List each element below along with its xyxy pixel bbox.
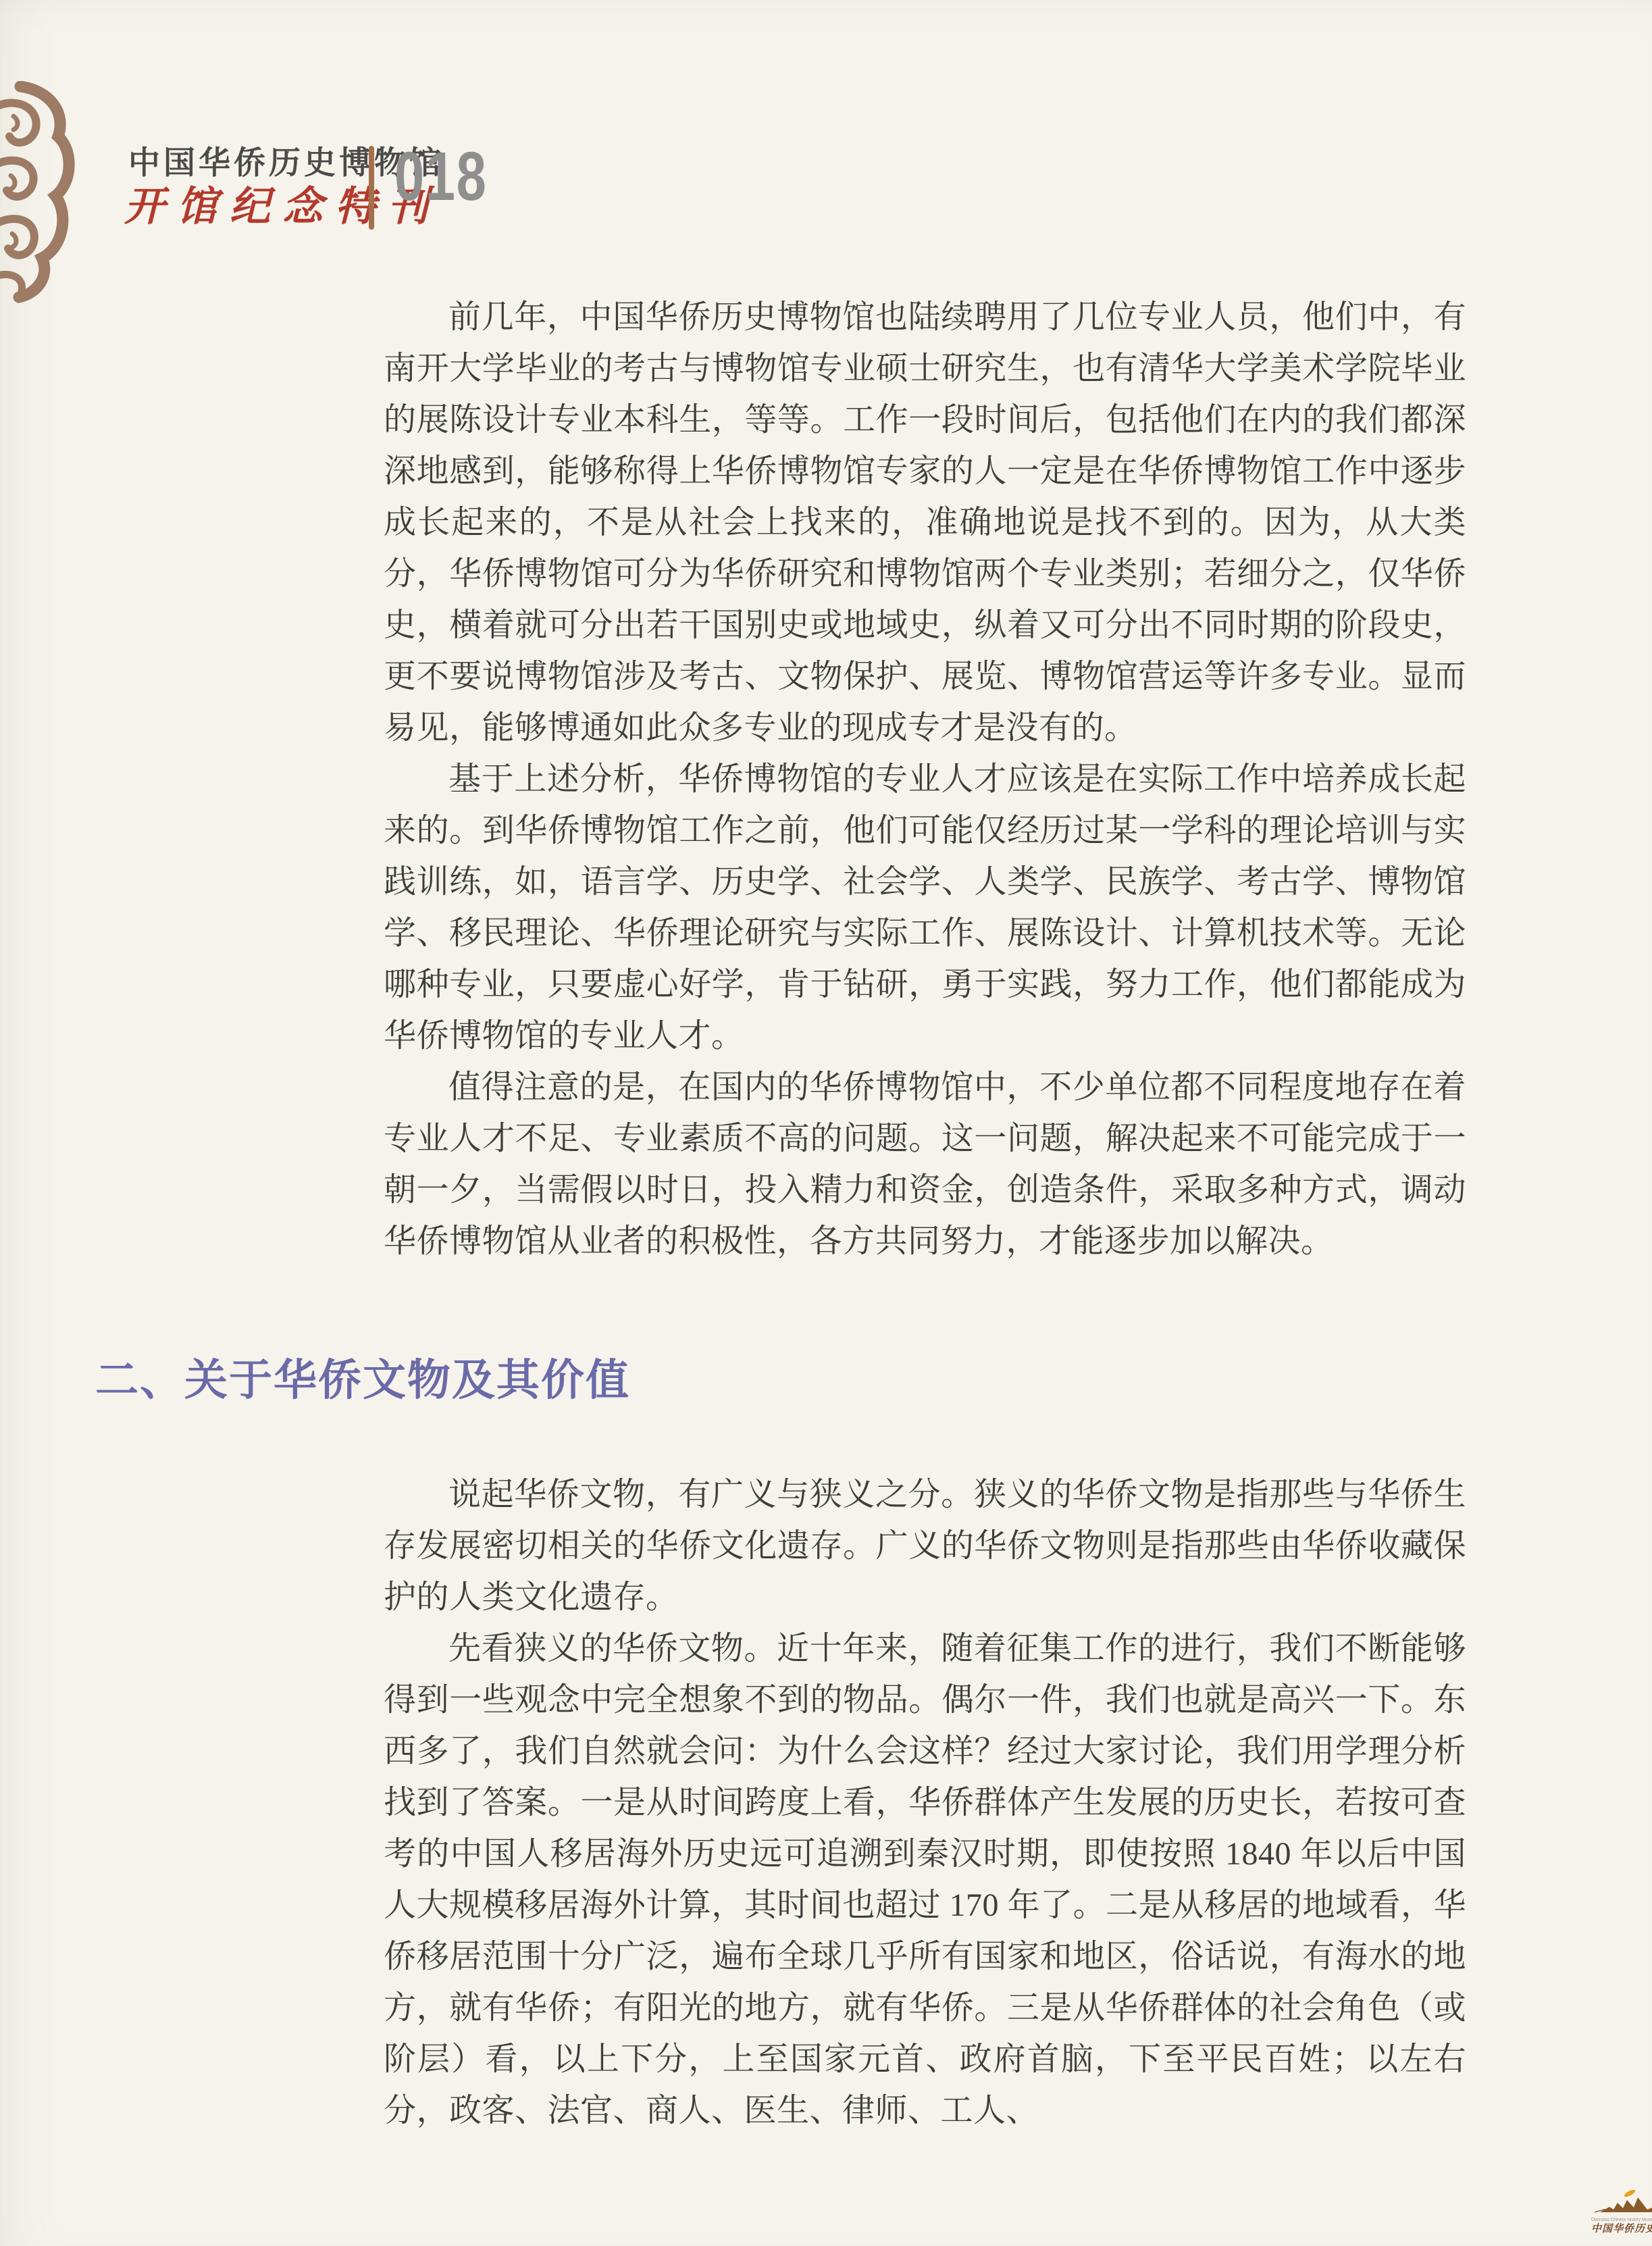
paragraph: 先看狭义的华侨文物。近十年来，随着征集工作的进行，我们不断能够得到一些观念中完全… (384, 1623, 1466, 2137)
leaf-icon (1623, 2189, 1636, 2198)
page-number: 018 (394, 142, 487, 211)
scanned-page: 中国华侨历史博物馆 开馆纪念特刊 018 前几年，中国华侨历史博物馆也陆续聘用了… (0, 0, 1652, 2246)
section-heading: 二、关于华侨文物及其价值 (95, 1353, 1466, 1407)
header-subtitle-calligraphy: 开馆纪念特刊 (124, 174, 440, 232)
ornamental-seal-icon (0, 81, 81, 311)
header-divider (369, 146, 374, 230)
paragraph: 基于上述分析，华侨博物馆的专业人才应该是在实际工作中培养成长起来的。到华侨博物馆… (384, 754, 1466, 1062)
paragraph: 说起华侨文物，有广义与狭义之分。狭义的华侨文物是指那些与华侨生存发展密切相关的华… (384, 1469, 1466, 1623)
paragraph: 前几年，中国华侨历史博物馆也陆续聘用了几位专业人员，他们中，有南开大学毕业的考古… (384, 292, 1466, 754)
museum-logo: Overseas Chinese History Museum of China… (1591, 2189, 1652, 2236)
logo-english-name: Overseas Chinese History Museum of China (1591, 2217, 1652, 2223)
article-body: 前几年，中国华侨历史博物馆也陆续聘用了几位专业人员，他们中，有南开大学毕业的考古… (384, 292, 1466, 2137)
logo-chinese-name: 中国华侨历史博物馆 (1591, 2223, 1652, 2236)
paragraph: 值得注意的是，在国内的华侨博物馆中，不少单位都不同程度地存在着专业人才不足、专业… (384, 1062, 1466, 1267)
mountain-logo-icon (1595, 2189, 1652, 2217)
